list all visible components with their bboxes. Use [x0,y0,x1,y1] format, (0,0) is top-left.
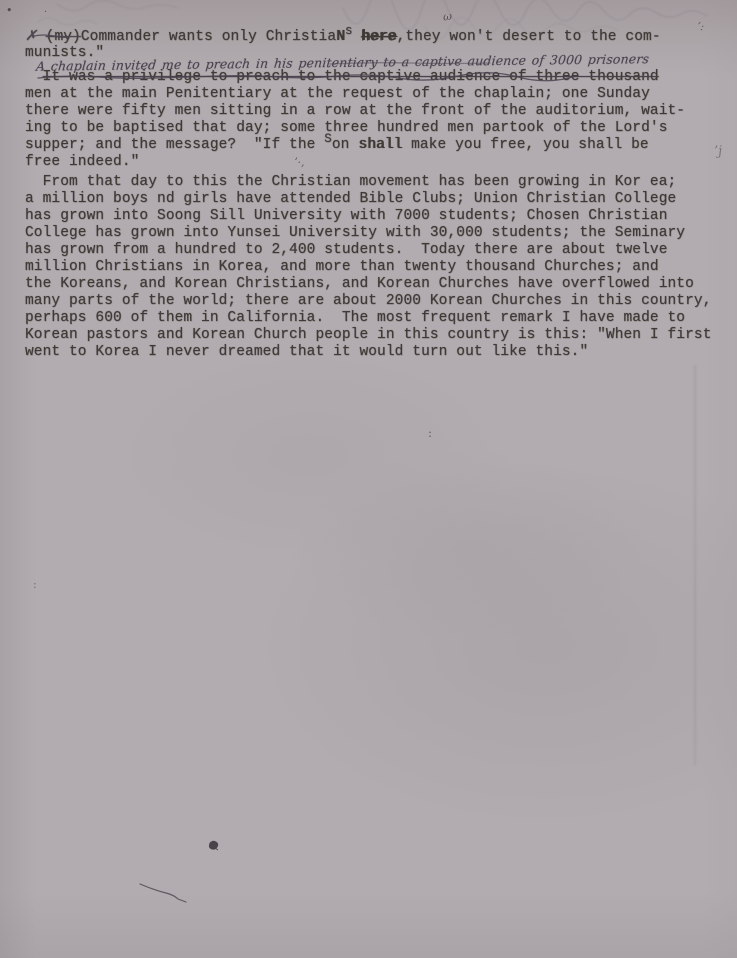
typed-text-segment: the Koreans, and Korean Christians, and … [25,276,694,292]
typed-text-segment: million Christians in Korea, and more th… [25,259,659,275]
paper-crease [694,365,696,765]
ink-mark: ʼ·, [294,156,305,169]
typed-line: College has grown into Yunsei University… [25,225,725,242]
typed-text-segment: perhaps 600 of them in California. The m… [25,310,685,326]
ink-mark: : [33,578,37,591]
typed-text-segment: has grown into Soong Sill University wit… [25,208,668,224]
ink-mark: ω [442,9,453,23]
typed-text-segment: went to Korea I never dreamed that it wo… [25,344,588,360]
typed-text-segment: Korean pastors and Korean Church people … [25,327,712,343]
typed-line: many parts of the world; there are about… [25,293,725,310]
typed-paragraph: From that day to this the Christian move… [25,174,725,361]
typed-text-segment: has grown from a hundred to 2,400 studen… [25,242,668,258]
scanned-page: ✗ (my)Commander wants only ChristiaNs he… [0,0,737,958]
ink-dot: • [6,4,13,17]
pen-squiggle [138,880,208,904]
typed-line: perhaps 600 of them in California. The m… [25,310,725,327]
typed-line: Korean pastors and Korean Church people … [25,327,725,344]
ink-dot: · [44,7,47,18]
typed-line: million Christians in Korea, and more th… [25,259,725,276]
ink-blot [206,840,220,852]
typed-text-segment: College has grown into Yunsei University… [25,225,685,241]
handwritten-strikethrough [0,0,737,200]
typed-line: went to Korea I never dreamed that it wo… [25,344,725,361]
typed-line: has grown from a hundred to 2,400 studen… [25,242,725,259]
ink-mark: : [428,426,432,440]
pencil-mark: ʼj [713,144,722,160]
typed-line: has grown into Soong Sill University wit… [25,208,725,225]
typed-line: the Koreans, and Korean Christians, and … [25,276,725,293]
typed-text-segment: many parts of the world; there are about… [25,293,712,309]
